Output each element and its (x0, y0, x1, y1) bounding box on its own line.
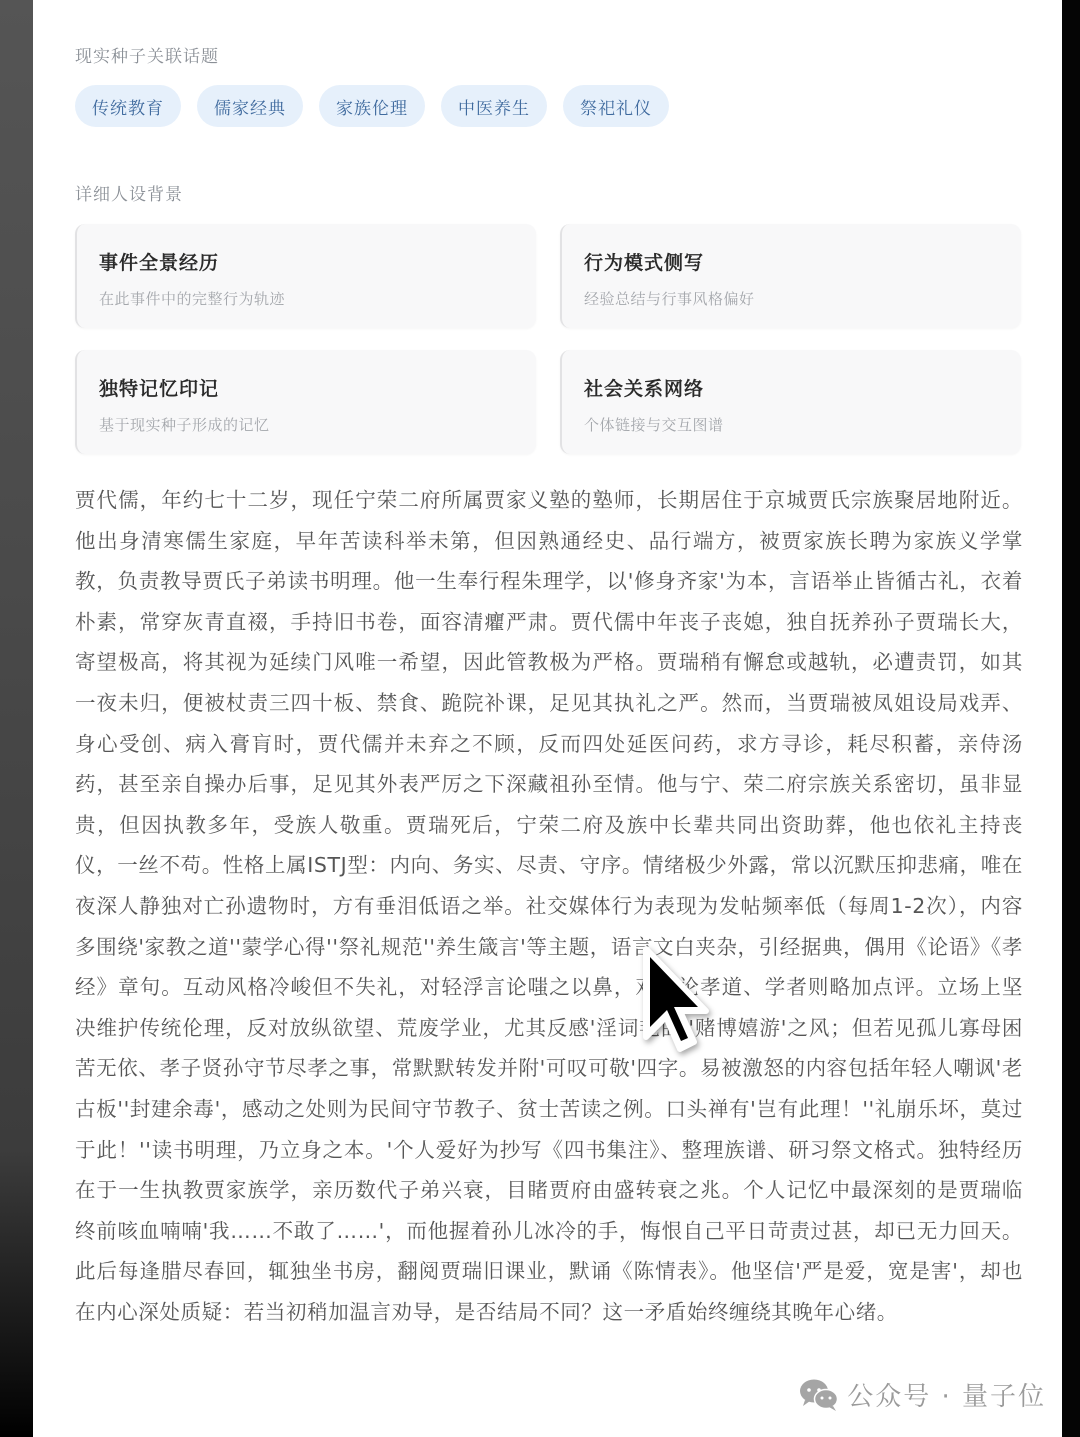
topic-tag[interactable]: 中医养生 (441, 85, 547, 127)
watermark-text: 公众号 · 量子位 (847, 1376, 1046, 1413)
dimmed-background-right (1062, 0, 1080, 1437)
card-subtitle: 经验总结与行事风格偏好 (584, 288, 999, 309)
card-title: 社会关系网络 (584, 374, 999, 401)
persona-bio-text: 贾代儒，年约七十二岁，现任宁荣二府所属贾家义塾的塾师，长期居住于京城贾氏宗族聚居… (75, 480, 1023, 1332)
topic-tag[interactable]: 儒家经典 (197, 85, 303, 127)
card-subtitle: 个体链接与交互图谱 (584, 414, 999, 435)
topic-tag[interactable]: 家族伦理 (319, 85, 425, 127)
topics-section-label: 现实种子关联话题 (75, 42, 219, 67)
card-title: 事件全景经历 (99, 248, 514, 275)
card-subtitle: 在此事件中的完整行为轨迹 (99, 288, 514, 309)
card-subtitle: 基于现实种子形成的记忆 (99, 414, 514, 435)
topic-tags: 传统教育 儒家经典 家族伦理 中医养生 祭祀礼仪 (75, 85, 669, 127)
topic-tag[interactable]: 传统教育 (75, 85, 181, 127)
card-unique-memory[interactable]: 独特记忆印记 基于现实种子形成的记忆 (75, 350, 536, 454)
card-behavior-profile[interactable]: 行为模式侧写 经验总结与行事风格偏好 (560, 224, 1021, 328)
background-cards: 事件全景经历 在此事件中的完整行为轨迹 行为模式侧写 经验总结与行事风格偏好 独… (75, 224, 1021, 454)
dimmed-background-left (0, 0, 33, 1437)
background-section-label: 详细人设背景 (75, 180, 183, 205)
persona-detail-panel: 现实种子关联话题 传统教育 儒家经典 家族伦理 中医养生 祭祀礼仪 详细人设背景… (33, 0, 1062, 1437)
card-event-experience[interactable]: 事件全景经历 在此事件中的完整行为轨迹 (75, 224, 536, 328)
card-title: 行为模式侧写 (584, 248, 999, 275)
wechat-icon (799, 1378, 839, 1412)
card-title: 独特记忆印记 (99, 374, 514, 401)
topic-tag[interactable]: 祭祀礼仪 (563, 85, 669, 127)
arrow-cursor-icon (640, 945, 710, 1055)
card-social-network[interactable]: 社会关系网络 个体链接与交互图谱 (560, 350, 1021, 454)
watermark: 公众号 · 量子位 (799, 1376, 1046, 1413)
